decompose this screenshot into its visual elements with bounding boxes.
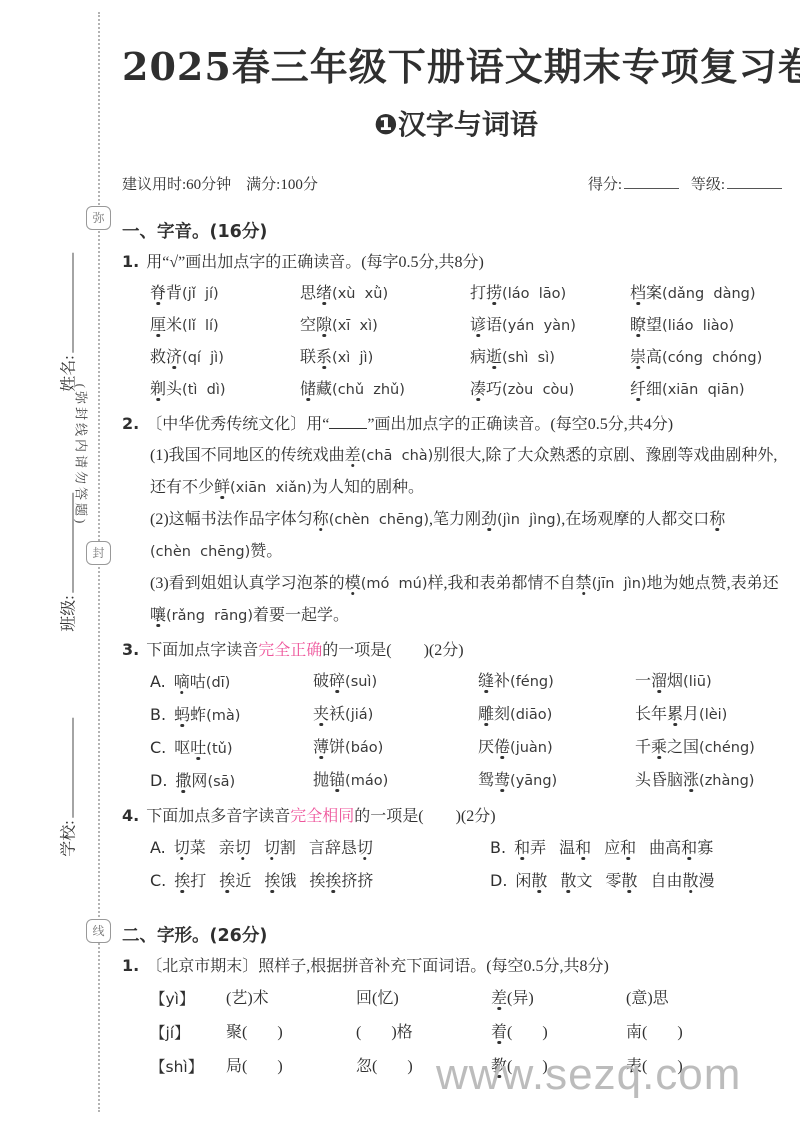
text: 为人知的剧种。 [312, 479, 424, 496]
text: 呕 [174, 740, 190, 757]
choice-item: 雕刻(diāo) [478, 699, 635, 732]
dotted-char: 撒 [175, 773, 191, 790]
word-item: 挨饿 [264, 866, 296, 898]
text: 千 [635, 739, 651, 756]
pinyin: (máo) [345, 773, 388, 789]
text: 网 [191, 773, 207, 790]
text: 思 [300, 285, 316, 302]
dotted-char: 蚂 [174, 707, 190, 724]
pinyin: (láo lāo) [502, 286, 566, 302]
dotted-char: 倦 [494, 739, 510, 756]
paragraph: (2)这幅书法作品字体匀称(chèn chēng),笔力刚劲(jìn jìng)… [150, 504, 790, 568]
choice-item: C.呕吐(tǔ) [150, 732, 313, 765]
pinyin: (yāng) [510, 773, 557, 789]
section-number-badge: ❶ [374, 108, 398, 141]
dotted-char: 散 [560, 873, 576, 890]
text: 近 [235, 873, 251, 890]
text: 一 [635, 673, 651, 690]
pinyin: (jìn jìng) [497, 512, 561, 528]
pinyin: (shì sì) [502, 350, 555, 366]
highlight-text: 完全相同 [290, 808, 354, 825]
text: 头 [166, 381, 182, 398]
word-item: 谚语(yán yàn) [470, 310, 630, 342]
choice-row: C.挨打挨近挨饿挨挨挤挤D.闲散散文零散自由散漫 [150, 865, 790, 898]
question-number: 4. [122, 806, 139, 825]
pinyin: (zhàng) [699, 773, 754, 789]
text: 样,我和表弟都情不自 [428, 575, 576, 592]
text: ( [507, 1024, 512, 1041]
text: 下面加点字读音 [146, 642, 258, 659]
choice-label: D. [490, 871, 507, 890]
word-item: 挨挨挤挤 [309, 866, 373, 898]
question-number: 1. [122, 956, 139, 975]
dotted-char: 累 [667, 706, 683, 723]
text: (1)我国不同地区的传统戏曲 [150, 447, 345, 464]
question-number: 1. [122, 252, 139, 271]
text: 蚱 [190, 707, 206, 724]
pinyin: (juàn) [510, 740, 553, 756]
score-label: 得分: [588, 177, 622, 193]
choice-item: B.和弄温和应和曲高和寡 [490, 832, 790, 865]
text: ) [277, 1024, 282, 1041]
text: ”画出加点字的正确读音。(每空0.5分,共4分) [367, 416, 673, 433]
word-item: 凑巧(zòu còu) [470, 374, 630, 406]
page-title: 2025春三年级下册语文期末专项复习卷 [122, 42, 790, 91]
text: 之国 [667, 739, 699, 756]
text: 袄 [329, 706, 345, 723]
dotted-char: 崇 [630, 349, 646, 366]
pinyin: (tǔ) [206, 741, 232, 757]
text: 回(忆) [356, 990, 399, 1007]
dotted-char: 劲 [481, 511, 497, 528]
word-item: 空隙(xī xì) [300, 310, 470, 342]
text: 月 [683, 706, 699, 723]
watermark: www.sezq.com [436, 1050, 741, 1100]
text: 地为她点赞,表弟还 [647, 575, 779, 592]
pinyin: (báo) [345, 740, 383, 756]
dotted-char: 模 [345, 575, 361, 592]
text: 破 [313, 673, 329, 690]
choice-row: C.呕吐(tǔ)薄饼(báo)厌倦(juàn)千乘之国(chéng) [150, 732, 790, 765]
question: 3.下面加点字读音完全正确的一项是( )(2分)A.嘀咕(dī)破碎(suì)缝… [122, 635, 790, 798]
pinyin: (xiān qiān) [662, 382, 745, 398]
choice-label: A. [150, 672, 166, 691]
text: 下面加点多音字读音 [146, 808, 290, 825]
text: 补 [494, 673, 510, 690]
text: 空 [300, 317, 316, 334]
text: 病 [470, 349, 486, 366]
dotted-char: 乘 [651, 739, 667, 756]
text: ,笔力刚 [429, 511, 481, 528]
pinyin: (rǎng rāng) [166, 608, 253, 624]
pinyin: (chǔ zhǔ) [332, 382, 405, 398]
text: ) [407, 1058, 412, 1075]
exam-page: 弥 封 线 姓名: 班级: 学校: (弥封线内请勿答题) 2025春三年级下册语… [0, 0, 800, 1131]
word-item: 切割 [264, 833, 296, 865]
choice-item: A.嘀咕(dī) [150, 666, 313, 699]
dotted-char: 散 [621, 873, 637, 890]
word-item: 温和 [559, 833, 591, 865]
pinyin: (xù xǜ) [332, 286, 388, 302]
meta-row: 建议用时:60分钟 满分:100分 得分: 等级: [122, 173, 790, 194]
word-item: 局() [226, 1050, 356, 1084]
seal-note: (弥封线内请勿答题) [73, 384, 92, 527]
text: 零 [605, 873, 621, 890]
seal-stamp-icon: 弥 [86, 206, 111, 230]
class-label: 班级: [61, 595, 78, 631]
text: (3)看到姐姐认真学习泡茶的 [150, 575, 345, 592]
pinyin: (qí jì) [182, 350, 224, 366]
choice-label: C. [150, 871, 166, 890]
seal-stamp-icon: 封 [86, 541, 111, 565]
dotted-char: 锚 [329, 772, 345, 789]
text: 南( [626, 1024, 647, 1041]
text: 抛 [313, 772, 329, 789]
dotted-char: 挨 [264, 873, 280, 890]
word-item: 病逝(shì sì) [470, 342, 630, 374]
choice-item: 头昏脑涨(zhàng) [635, 765, 790, 798]
grade-blank [727, 175, 782, 189]
text: (异) [507, 990, 534, 1007]
page-subtitle: ❶汉字与词语 [122, 103, 790, 143]
pinyin-row: 【jí】聚()()格着()南() [150, 1016, 790, 1050]
grade-label: 等级: [691, 177, 725, 193]
dotted-char: 吐 [190, 740, 206, 757]
question-number: 2. [122, 414, 139, 433]
highlight-text: 完全正确 [258, 642, 322, 659]
dotted-char: 和 [514, 840, 530, 857]
question-number: 3. [122, 640, 139, 659]
word-item: 曲高和寡 [649, 833, 713, 865]
text: (意)思 [626, 990, 669, 1007]
choice-item: 薄饼(báo) [313, 732, 478, 765]
dotted-char: 涨 [683, 772, 699, 789]
dotted-char: 捞 [486, 285, 502, 302]
text: 的一项是( )(2分) [354, 808, 495, 825]
pinyin: (chā chà) [361, 448, 434, 464]
choice-item: B.蚂蚱(mà) [150, 699, 313, 732]
paper-main: 2025春三年级下册语文期末专项复习卷 ❶汉字与词语 建议用时:60分钟 满分:… [122, 42, 790, 1084]
word-item: 聚() [226, 1016, 356, 1050]
pinyin: (mà) [206, 708, 240, 724]
text: 弄 [530, 840, 546, 857]
pinyin: (chèn chēng) [329, 512, 429, 528]
subtitle-text: 汉字与词语 [398, 108, 538, 141]
choice-label: C. [150, 738, 166, 757]
text: 着要一起学。 [253, 607, 349, 624]
word-item: 自由散漫 [651, 866, 715, 898]
text: 聚( [226, 1024, 247, 1041]
choice-item: D.闲散散文零散自由散漫 [490, 865, 790, 898]
word-item: 挨近 [219, 866, 251, 898]
choice-item: D.撒网(sā) [150, 765, 313, 798]
word-item: (意)思 [626, 982, 790, 1016]
section: 一、字音。(16分)1.用“√”画出加点字的正确读音。(每字0.5分,共8分)脊… [122, 218, 790, 898]
pinyin: (tì dì) [182, 382, 225, 398]
dotted-char: 逝 [486, 349, 502, 366]
school-label: 学校: [61, 820, 78, 856]
text: 温 [559, 840, 575, 857]
word-item: 档案(dǎng dàng) [630, 278, 790, 310]
text: (2)这幅书法作品字体匀 [150, 511, 313, 528]
word-grid: 脊背(jǐ jí)思绪(xù xǜ)打捞(láo lāo)档案(dǎng dàn… [150, 278, 790, 406]
text: 鸳 [478, 772, 494, 789]
word-item: 和弄 [514, 833, 546, 865]
choice-item: 缝补(féng) [478, 666, 635, 699]
pinyin: (liū) [683, 674, 712, 690]
question: 4.下面加点多音字读音完全相同的一项是( )(2分)A.切菜亲切切割言辞恳切B.… [122, 801, 790, 898]
text: 割 [280, 840, 296, 857]
time-limit-info: 建议用时:60分钟 满分:100分 [122, 173, 318, 194]
text: ) [277, 1058, 282, 1075]
word-item: 联系(xì jì) [300, 342, 470, 374]
choice-item: C.挨打挨近挨饿挨挨挤挤 [150, 865, 490, 898]
pinyin: (lǐ lí) [182, 318, 219, 334]
dotted-char: 切 [357, 840, 373, 857]
dotted-char: 碎 [329, 673, 345, 690]
question-stem: 4.下面加点多音字读音完全相同的一项是( )(2分) [122, 801, 790, 832]
dotted-char: 绪 [316, 285, 332, 302]
dotted-char: 鸯 [494, 772, 510, 789]
dotted-char: 鲜 [214, 479, 230, 496]
text: 的一项是( )(2分) [322, 642, 463, 659]
text: 挤挤 [341, 873, 373, 890]
choice-row: A.嘀咕(dī)破碎(suì)缝补(féng)一溜烟(liū) [150, 666, 790, 699]
text: 烟 [667, 673, 683, 690]
word-item: 崇高(cóng chóng) [630, 342, 790, 374]
name-field: 姓名: [56, 252, 79, 391]
text: 局( [226, 1058, 247, 1075]
text: 望 [646, 317, 662, 334]
choice-row: A.切菜亲切切割言辞恳切B.和弄温和应和曲高和寡 [150, 832, 790, 865]
text: 长年 [635, 706, 667, 723]
pinyin: (diāo) [510, 707, 552, 723]
text: 曲高 [649, 840, 681, 857]
dotted-char: 系 [316, 349, 332, 366]
choice-row: D.撒网(sā)抛锚(máo)鸳鸯(yāng)头昏脑涨(zhàng) [150, 765, 790, 798]
word-item: 挨打 [174, 866, 206, 898]
dotted-char: 济 [166, 349, 182, 366]
text: 巧 [486, 381, 502, 398]
dotted-char: 挨 [219, 873, 235, 890]
text: ,在场观摩的人都交口 [561, 511, 709, 528]
question: 1.用“√”画出加点字的正确读音。(每字0.5分,共8分)脊背(jǐ jí)思绪… [122, 247, 790, 406]
dotted-char: 嘀 [174, 674, 190, 691]
pinyin: (lèi) [699, 707, 727, 723]
dotted-char: 差 [345, 447, 361, 464]
paragraph: (1)我国不同地区的传统戏曲差(chā chà)别很大,除了大众熟悉的京剧、豫剧… [150, 440, 790, 504]
choice-item: 厌倦(juàn) [478, 732, 635, 765]
question-stem: 3.下面加点字读音完全正确的一项是( )(2分) [122, 635, 790, 666]
text: 闲 [515, 873, 531, 890]
text: 言辞恳 [309, 840, 357, 857]
question-stem: 1.〔北京市期末〕照样子,根据拼音补充下面词语。(每空0.5分,共8分) [122, 951, 790, 982]
dotted-char: 缝 [478, 673, 494, 690]
text: 亲 [219, 840, 235, 857]
dotted-char: 称 [313, 511, 329, 528]
dotted-char: 切 [174, 840, 190, 857]
word-item: ()格 [356, 1016, 491, 1050]
pinyin: (jīn jìn) [592, 576, 647, 592]
dotted-char: 雕 [478, 706, 494, 723]
pinyin: (jǐ jí) [182, 286, 219, 302]
dotted-char: 切 [235, 840, 251, 857]
dotted-char: 禁 [576, 575, 592, 592]
text: 寡 [697, 840, 713, 857]
text: 应 [604, 840, 620, 857]
word-item: 脊背(jǐ jí) [150, 278, 300, 310]
text: 用“√”画出加点字的正确读音。(每字0.5分,共8分) [146, 254, 484, 271]
word-item: 差(异) [491, 982, 626, 1016]
word-item: (艺)术 [226, 982, 356, 1016]
dotted-char: 厘 [150, 317, 166, 334]
choice-item: 抛锚(máo) [313, 765, 478, 798]
dotted-char: 剃 [150, 381, 166, 398]
word-item: 言辞恳切 [309, 833, 373, 865]
dotted-char: 薄 [313, 739, 329, 756]
dotted-char: 差 [491, 990, 507, 1007]
pinyin: (zòu còu) [502, 382, 574, 398]
pinyin: (cóng chóng) [662, 350, 762, 366]
word-item: 应和 [604, 833, 636, 865]
word-item: 纤细(xiān qiān) [630, 374, 790, 406]
dotted-char: 和 [620, 840, 636, 857]
pinyin: (chèn chēng) [150, 544, 250, 560]
text: 案 [646, 285, 662, 302]
dotted-char: 嚷 [150, 607, 166, 624]
text: 背 [166, 285, 182, 302]
word-item: 瞭望(liáo liào) [630, 310, 790, 342]
choice-item: 夹袄(jiá) [313, 699, 478, 732]
dotted-char: 凑 [470, 381, 486, 398]
text: 赞。 [250, 543, 282, 560]
text: 忽( [356, 1058, 377, 1075]
dotted-char: 隙 [316, 317, 332, 334]
text: 藏 [316, 381, 332, 398]
dotted-char: 散 [683, 873, 699, 890]
choice-label: B. [490, 838, 506, 857]
pinyin: (xī xì) [332, 318, 378, 334]
text: 细 [646, 381, 662, 398]
text: ( [356, 1024, 361, 1041]
word-item: 亲切 [219, 833, 251, 865]
text: 咕 [190, 674, 206, 691]
pinyin-row: 【yì】(艺)术回(忆)差(异)(意)思 [150, 982, 790, 1016]
pinyin-key: 【yì】 [150, 982, 226, 1016]
text: 自由 [651, 873, 683, 890]
pinyin: (mó mú) [361, 576, 428, 592]
pinyin: (suì) [345, 674, 377, 690]
dotted-char: 挨 [325, 873, 341, 890]
text: 漫 [699, 873, 715, 890]
question-stem: 2.〔中华优秀传统文化〕用“”画出加点字的正确读音。(每空0.5分,共4分) [122, 409, 790, 440]
dotted-char: 瞭 [630, 317, 646, 334]
text: 刻 [494, 706, 510, 723]
text: 语 [486, 317, 502, 334]
pinyin: (dǎng dàng) [662, 286, 756, 302]
word-item: 剃头(tì dì) [150, 374, 300, 406]
text: 厌 [478, 739, 494, 756]
dotted-char: 和 [681, 840, 697, 857]
pinyin-key: 【jí】 [150, 1016, 226, 1050]
text: 联 [300, 349, 316, 366]
choice-item: 一溜烟(liū) [635, 666, 790, 699]
pinyin: (chéng) [699, 740, 755, 756]
choice-item: 千乘之国(chéng) [635, 732, 790, 765]
text: ) [542, 1024, 547, 1041]
text: ) [677, 1024, 682, 1041]
word-item: 储藏(chǔ zhǔ) [300, 374, 470, 406]
text: )格 [391, 1024, 412, 1041]
word-item: 救济(qí jì) [150, 342, 300, 374]
dotted-char: 挨 [174, 873, 190, 890]
paragraph: (3)看到姐姐认真学习泡茶的模(mó mú)样,我和表弟都情不自禁(jīn jì… [150, 568, 790, 632]
text: (艺)术 [226, 990, 269, 1007]
word-item: 厘米(lǐ lí) [150, 310, 300, 342]
answer-blank [329, 414, 367, 429]
text: 高 [646, 349, 662, 366]
dotted-char: 切 [264, 840, 280, 857]
question: 2.〔中华优秀传统文化〕用“”画出加点字的正确读音。(每空0.5分,共4分)(1… [122, 409, 790, 632]
word-item: 南() [626, 1016, 790, 1050]
text: 饿 [280, 873, 296, 890]
dotted-char: 脊 [150, 285, 166, 302]
dotted-char: 着 [491, 1024, 507, 1041]
school-blank [61, 717, 74, 817]
text: 头昏脑 [635, 772, 683, 789]
pinyin: (jiá) [345, 707, 373, 723]
word-item: 切菜 [174, 833, 206, 865]
choice-label: A. [150, 838, 166, 857]
name-blank [61, 252, 74, 352]
word-item: 回(忆) [356, 982, 491, 1016]
pinyin: (liáo liào) [662, 318, 734, 334]
choice-item: 鸳鸯(yāng) [478, 765, 635, 798]
dotted-char: 谚 [470, 317, 486, 334]
text: 〔中华优秀传统文化〕用“ [146, 416, 329, 433]
pinyin: (xiān xiǎn) [230, 480, 312, 496]
dotted-char: 纤 [630, 381, 646, 398]
score-blank [624, 175, 679, 189]
dotted-char: 储 [300, 381, 316, 398]
dotted-char: 散 [531, 873, 547, 890]
text: 饼 [329, 739, 345, 756]
text: 文 [576, 873, 592, 890]
question-stem: 1.用“√”画出加点字的正确读音。(每字0.5分,共8分) [122, 247, 790, 278]
seal-stamp-icon: 线 [86, 919, 111, 943]
word-item: 思绪(xù xǜ) [300, 278, 470, 310]
text: 打 [190, 873, 206, 890]
dotted-char: 和 [575, 840, 591, 857]
school-field: 学校: [56, 717, 79, 856]
text: 打 [470, 285, 486, 302]
choice-row: B.蚂蚱(mà)夹袄(jiá)雕刻(diāo)长年累月(lèi) [150, 699, 790, 732]
sections-container: 一、字音。(16分)1.用“√”画出加点字的正确读音。(每字0.5分,共8分)脊… [122, 218, 790, 1084]
score-area: 得分: 等级: [588, 173, 790, 194]
choice-label: D. [150, 771, 167, 790]
choice-item: A.切菜亲切切割言辞恳切 [150, 832, 490, 865]
pinyin: (yán yàn) [502, 318, 576, 334]
word-item: 散文 [560, 866, 592, 898]
dotted-char: 称 [709, 511, 725, 528]
word-item: 零散 [605, 866, 637, 898]
choice-item: 破碎(suì) [313, 666, 478, 699]
choice-item: 长年累月(lèi) [635, 699, 790, 732]
text: 米 [166, 317, 182, 334]
text: 救 [150, 349, 166, 366]
dotted-char: 溜 [651, 673, 667, 690]
text: 挨 [309, 873, 325, 890]
